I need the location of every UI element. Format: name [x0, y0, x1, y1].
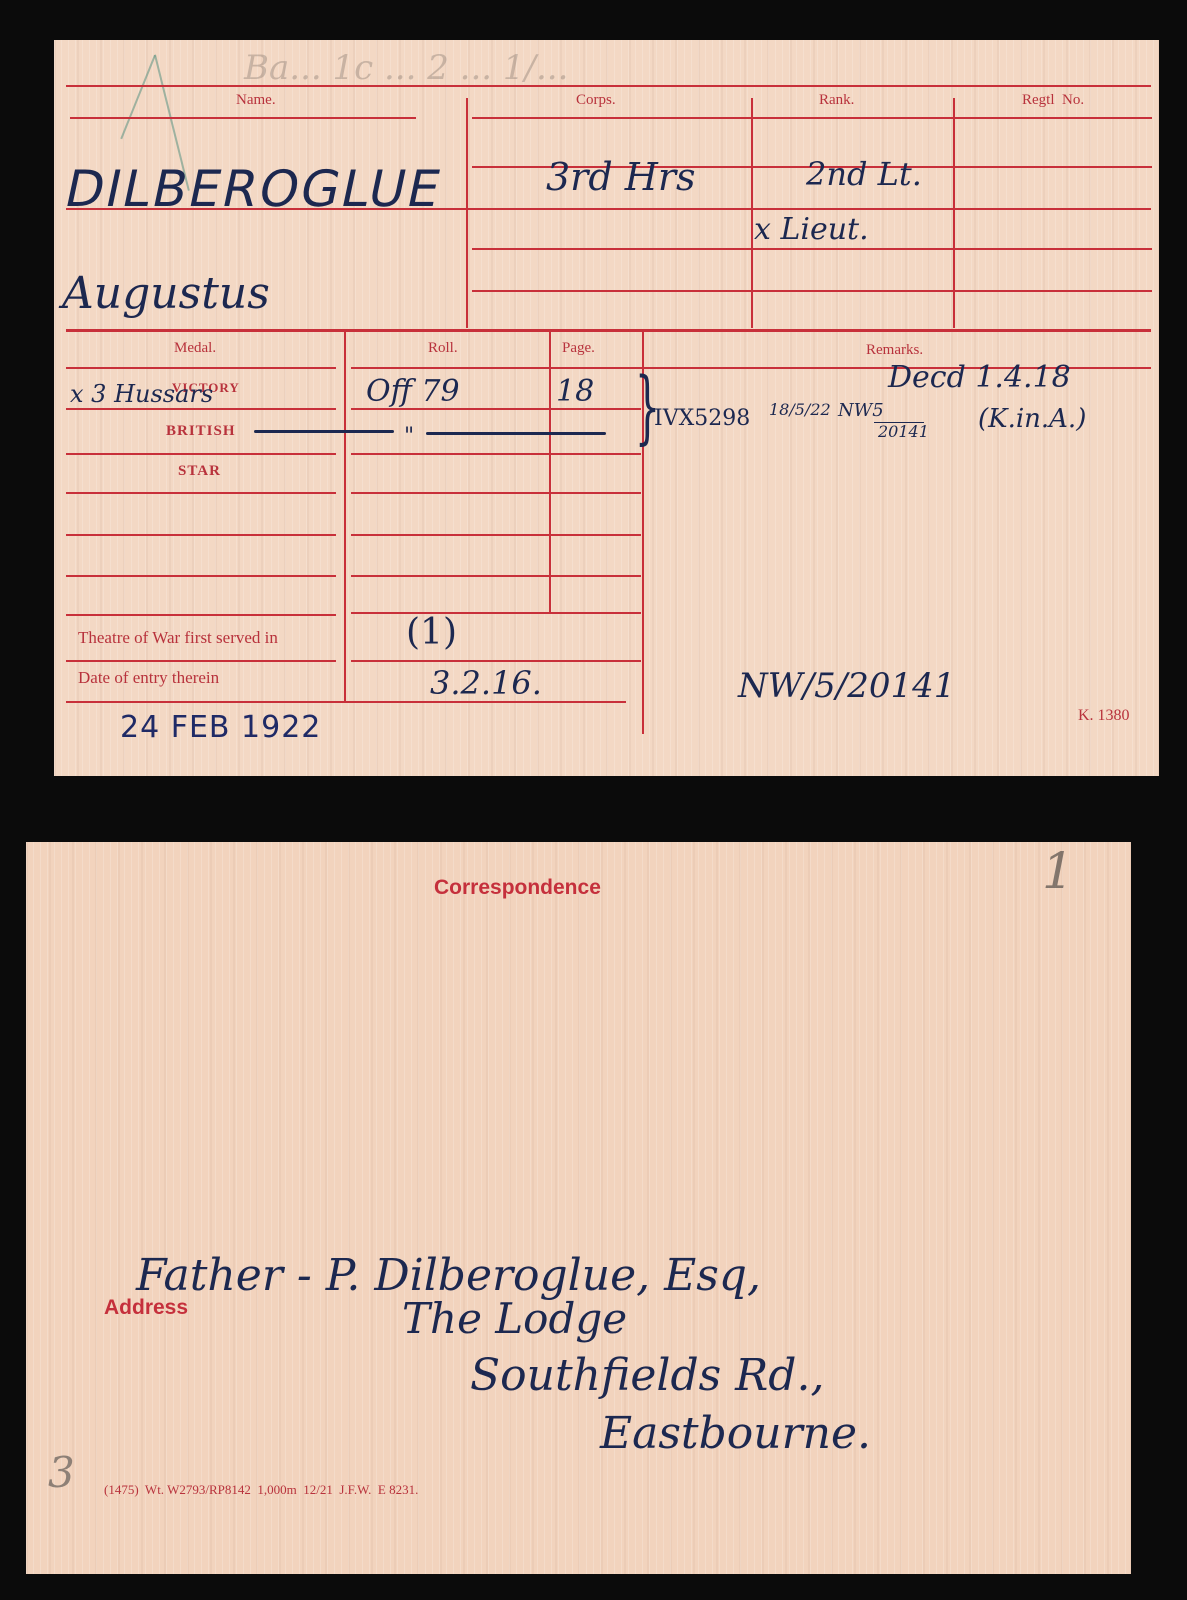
address-line-2: The Lodge	[402, 1294, 627, 1343]
medal-victory-page: 18	[556, 374, 594, 409]
date-stamp: 24 FEB 1922	[120, 710, 321, 745]
margin-pencil-mark: 3	[48, 1448, 75, 1497]
rule	[549, 332, 551, 612]
rule	[472, 248, 1152, 250]
header-remarks: Remarks.	[866, 342, 923, 359]
remarks-kia: (K.in.A.)	[978, 404, 1086, 434]
rule	[66, 575, 336, 577]
rule	[344, 332, 346, 702]
rule	[466, 98, 468, 328]
rank-value-1: 2nd Lt.	[806, 155, 922, 193]
medal-card-front: Ba... 1c ... 2 ... 1/... Name. Corps. Ra…	[54, 40, 1159, 776]
rule	[66, 329, 1151, 332]
rule	[66, 534, 336, 536]
medal-victory-handwritten: x 3 Hussars	[70, 380, 213, 408]
header-medal: Medal.	[174, 340, 216, 357]
rule	[66, 701, 626, 703]
rule	[953, 98, 955, 328]
header-roll: Roll.	[428, 340, 458, 357]
rule	[66, 614, 336, 616]
printer-line: (1475) Wt. W2793/RP8142 1,000m 12/21 J.F…	[104, 1482, 418, 1498]
header-name: Name.	[236, 92, 276, 109]
corner-pencil-mark: 1	[1042, 842, 1074, 900]
rule	[66, 660, 336, 662]
medal-british-label: BRITISH	[166, 423, 236, 440]
medal-star-label: STAR	[178, 463, 221, 480]
green-tick-mark	[120, 55, 155, 139]
medal-card-back: Correspondence 1 Address Father - P. Dil…	[26, 842, 1131, 1574]
rule	[66, 492, 336, 494]
correspondence-title: Correspondence	[434, 876, 601, 900]
rule	[351, 660, 641, 662]
remarks-nw-top: NW5	[838, 400, 884, 421]
rule	[70, 117, 416, 119]
rule	[751, 98, 753, 328]
rule	[472, 117, 1152, 119]
rule	[351, 575, 641, 577]
remarks-line-ref: IVX5298	[654, 406, 750, 431]
header-corps: Corps.	[576, 92, 616, 109]
medal-victory-roll: Off 79	[366, 374, 460, 409]
remarks-deceased: Decd 1.4.18	[888, 360, 1071, 395]
header-regtl-no: Regtl No.	[1022, 92, 1084, 109]
address-line-4: Eastbourne.	[600, 1408, 871, 1459]
rule	[351, 492, 641, 494]
rule	[66, 367, 336, 369]
date-entry-value: 3.2.16.	[430, 664, 542, 702]
surname: DILBEROGLUE	[60, 160, 448, 218]
rule	[351, 534, 641, 536]
date-entry-label: Date of entry therein	[78, 668, 219, 688]
rule	[66, 453, 336, 455]
ditto-line	[254, 430, 394, 433]
header-page: Page.	[562, 340, 595, 357]
forename: Augustus	[62, 268, 270, 319]
medal-british-roll: "	[404, 424, 414, 449]
corps-value: 3rd Hrs	[546, 155, 696, 199]
form-code: K. 1380	[1078, 707, 1130, 725]
theatre-label: Theatre of War first served in	[78, 628, 278, 648]
rule	[351, 612, 641, 614]
bottom-reference: NW/5/20141	[738, 666, 955, 706]
theatre-value: (1)	[406, 612, 457, 653]
rule	[351, 453, 641, 455]
rule	[472, 290, 1152, 292]
faint-pencil-annotation: Ba... 1c ... 2 ... 1/...	[244, 48, 568, 88]
ditto-line	[426, 432, 606, 435]
rank-value-2: x Lieut.	[754, 212, 869, 247]
remarks-date: 18/5/22	[769, 400, 831, 419]
rule	[66, 85, 1151, 87]
remarks-nw-bottom: 20141	[878, 422, 929, 441]
header-rank: Rank.	[819, 92, 854, 109]
address-line-3: Southfields Rd.,	[470, 1350, 824, 1401]
rule	[66, 408, 336, 410]
